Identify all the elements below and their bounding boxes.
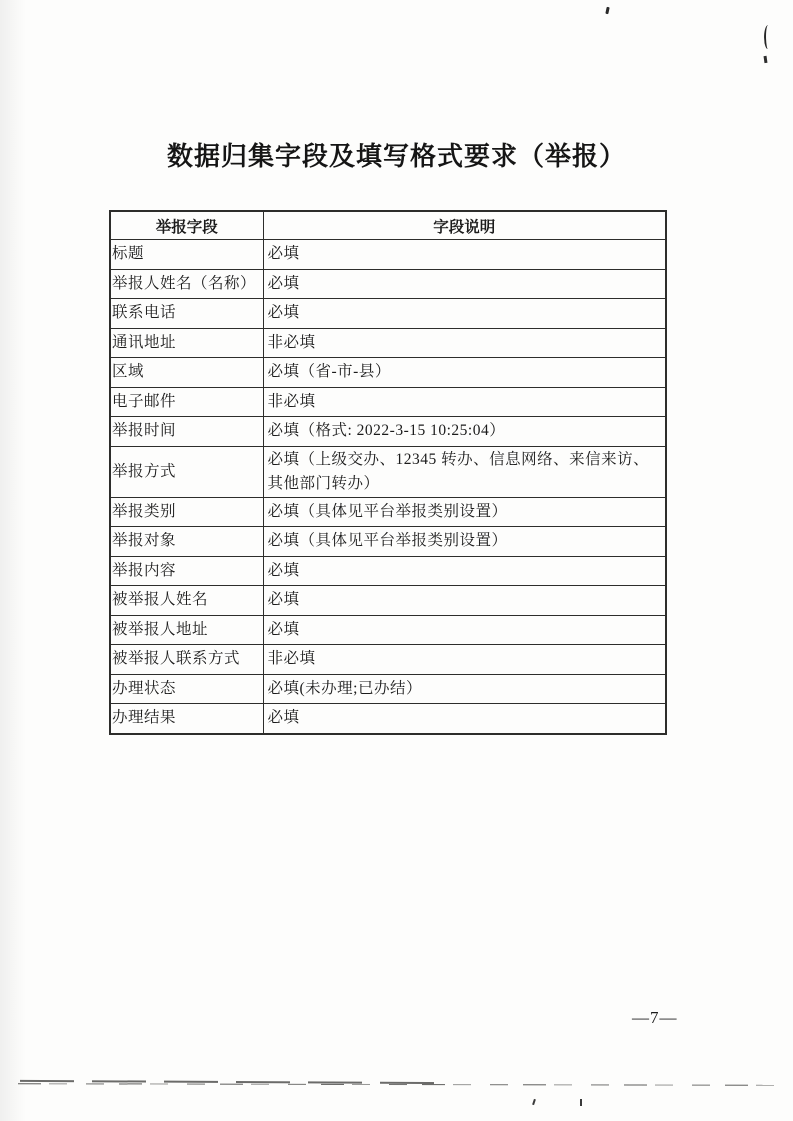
field-name-cell: 举报方式 [110, 446, 263, 497]
column-header-field-description: 字段说明 [263, 211, 666, 240]
field-description-cell: 必填（省-市-县） [263, 358, 666, 388]
field-name-cell: 被举报人联系方式 [110, 645, 263, 675]
table-row: 区域必填（省-市-县） [110, 358, 666, 388]
table-row: 举报时间必填（格式: 2022-3-15 10:25:04） [110, 417, 666, 447]
table-row: 被举报人联系方式非必填 [110, 645, 666, 675]
field-description-cell: 必填 [263, 704, 666, 734]
page-number: —7— [632, 1008, 678, 1028]
table-row: 举报对象必填（具体见平台举报类别设置） [110, 527, 666, 557]
table-row: 标题必填 [110, 240, 666, 270]
field-name-cell: 通讯地址 [110, 328, 263, 358]
scanned-document-page: 数据归集字段及填写格式要求（举报） 举报字段 字段说明 标题必填举报人姓名（名称… [0, 0, 793, 1121]
field-name-cell: 举报内容 [110, 556, 263, 586]
scan-artifact-bottom-line-2 [20, 1080, 450, 1084]
field-description-cell: 非必填 [263, 387, 666, 417]
table-row: 举报人姓名（名称）必填 [110, 269, 666, 299]
field-description-cell: 必填（具体见平台举报类别设置） [263, 497, 666, 527]
table-row: 通讯地址非必填 [110, 328, 666, 358]
field-description-cell: 非必填 [263, 328, 666, 358]
scan-artifact-right-dot [764, 56, 767, 63]
field-name-cell: 举报时间 [110, 417, 263, 447]
table-row: 举报类别必填（具体见平台举报类别设置） [110, 497, 666, 527]
report-table-body: 标题必填举报人姓名（名称）必填联系电话必填通讯地址非必填区域必填（省-市-县）电… [110, 240, 666, 734]
table-row: 联系电话必填 [110, 299, 666, 329]
field-description-cell: 非必填 [263, 645, 666, 675]
table-row: 办理状态必填(未办理;已办结） [110, 674, 666, 704]
field-name-cell: 标题 [110, 240, 263, 270]
table-row: 办理结果必填 [110, 704, 666, 734]
field-name-cell: 电子邮件 [110, 387, 263, 417]
field-name-cell: 办理状态 [110, 674, 263, 704]
field-name-cell: 举报对象 [110, 527, 263, 557]
field-name-cell: 区域 [110, 358, 263, 388]
field-name-cell: 举报人姓名（名称） [110, 269, 263, 299]
field-description-cell: 必填 [263, 586, 666, 616]
field-description-cell: 必填 [263, 556, 666, 586]
field-name-cell: 被举报人姓名 [110, 586, 263, 616]
field-description-cell: 必填（上级交办、12345 转办、信息网络、来信来访、其他部门转办） [263, 446, 666, 497]
scan-artifact-top-tick [605, 7, 609, 14]
field-name-cell: 办理结果 [110, 704, 263, 734]
field-description-cell: 必填 [263, 299, 666, 329]
scan-artifact-bottom-line [18, 1082, 774, 1086]
scan-artifact-right-bracket [764, 25, 773, 49]
field-description-cell: 必填（格式: 2022-3-15 10:25:04） [263, 417, 666, 447]
field-description-cell: 必填 [263, 269, 666, 299]
column-header-report-field: 举报字段 [110, 211, 263, 240]
scan-artifact-speck [580, 1099, 582, 1106]
field-name-cell: 被举报人地址 [110, 615, 263, 645]
field-name-cell: 联系电话 [110, 299, 263, 329]
table-row: 举报内容必填 [110, 556, 666, 586]
table-row: 被举报人姓名必填 [110, 586, 666, 616]
table-row: 电子邮件非必填 [110, 387, 666, 417]
field-description-cell: 必填(未办理;已办结） [263, 674, 666, 704]
field-description-cell: 必填 [263, 615, 666, 645]
field-name-cell: 举报类别 [110, 497, 263, 527]
table-row: 被举报人地址必填 [110, 615, 666, 645]
report-fields-table: 举报字段 字段说明 标题必填举报人姓名（名称）必填联系电话必填通讯地址非必填区域… [109, 210, 667, 735]
table-row: 举报方式必填（上级交办、12345 转办、信息网络、来信来访、其他部门转办） [110, 446, 666, 497]
field-description-cell: 必填（具体见平台举报类别设置） [263, 527, 666, 557]
table-header-row: 举报字段 字段说明 [110, 211, 666, 240]
document-title: 数据归集字段及填写格式要求（举报） [0, 136, 793, 173]
scan-artifact-speck [532, 1099, 536, 1105]
field-description-cell: 必填 [263, 240, 666, 270]
